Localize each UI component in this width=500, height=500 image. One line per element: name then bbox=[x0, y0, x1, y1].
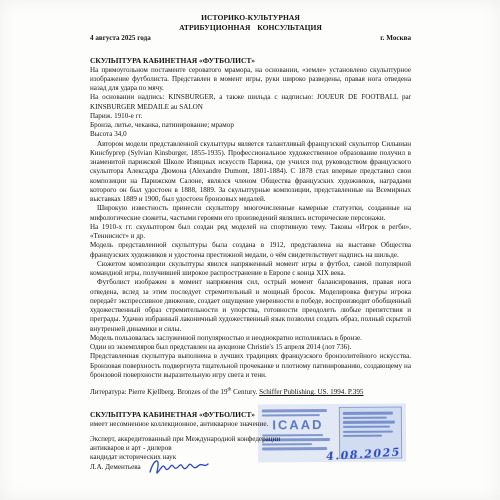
paragraph-popularity: Модель пользовалась заслуженной популярн… bbox=[90, 334, 411, 343]
paragraph-description: На прямоугольном постаменте сероватого м… bbox=[90, 66, 411, 94]
literature-reference: Schiffer Publishing. US. 1994. P.395 bbox=[259, 388, 363, 396]
approval-stamp: ICAAD 4.08.2025 bbox=[258, 403, 406, 462]
paragraph-fame: Широкую известность принесли скульптору … bbox=[90, 204, 411, 223]
document-title: ИСТОРИКО-КУЛЬТУРНАЯ АТРИБУЦИОННАЯ КОНСУЛ… bbox=[90, 13, 411, 32]
expert-name: Л.А. Дементьева bbox=[90, 463, 141, 471]
stamp-handwritten-date: 4.08.2025 bbox=[326, 446, 401, 463]
paragraph-materials: Бронза, литье, чеканка, патинирование; м… bbox=[90, 121, 411, 130]
paragraph-sport-models: На 1910-х гг. скульптором был создан ряд… bbox=[90, 223, 411, 242]
stamp-logo-block: ICAAD bbox=[262, 407, 334, 460]
document-date: 4 августа 2025 года bbox=[90, 34, 151, 43]
paragraph-place-date: Париж. 1910-е гг. bbox=[90, 112, 411, 121]
literature-mid: Century. bbox=[231, 388, 259, 396]
paragraph-height: Высота 34,0 bbox=[90, 130, 411, 139]
paragraph-inscription: На основании надпись: KINSBURGER, а такж… bbox=[90, 93, 411, 112]
literature-prefix: Литература: Pierre Kjellberg. Bronzes of… bbox=[90, 388, 228, 396]
paragraph-subject: Сюжетом композиции скульптуры явился нап… bbox=[90, 260, 411, 279]
object-heading: СКУЛЬПТУРА КАБИНЕТНАЯ «ФУТБОЛИСТ» bbox=[90, 56, 411, 65]
stamp-org-abbr: ICAAD bbox=[262, 418, 334, 432]
title-line1: ИСТОРИКО-КУЛЬТУРНАЯ bbox=[201, 13, 300, 22]
literature-line: Литература: Pierre Kjellberg. Bronzes of… bbox=[90, 388, 411, 397]
document-page: ИСТОРИКО-КУЛЬТУРНАЯ АТРИБУЦИОННАЯ КОНСУЛ… bbox=[0, 0, 500, 500]
title-line2: АТРИБУЦИОННАЯ КОНСУЛЬТАЦИЯ bbox=[90, 23, 411, 33]
paragraph-author: Автором модели представленной скульптуры… bbox=[90, 140, 411, 205]
paragraph-model-1912: Модель представленной скульптуры была со… bbox=[90, 241, 411, 260]
date-city-row: 4 августа 2025 года г. Москва bbox=[90, 34, 411, 43]
document-city: г. Москва bbox=[380, 34, 411, 43]
paragraph-figure: Футболист изображен в момент напряжения … bbox=[90, 278, 411, 334]
paragraph-quality: Представленная скульптура выполнена в лу… bbox=[90, 352, 411, 380]
paragraph-auction: Один из экземпляров был представлен на а… bbox=[90, 343, 411, 352]
signature bbox=[148, 456, 210, 478]
